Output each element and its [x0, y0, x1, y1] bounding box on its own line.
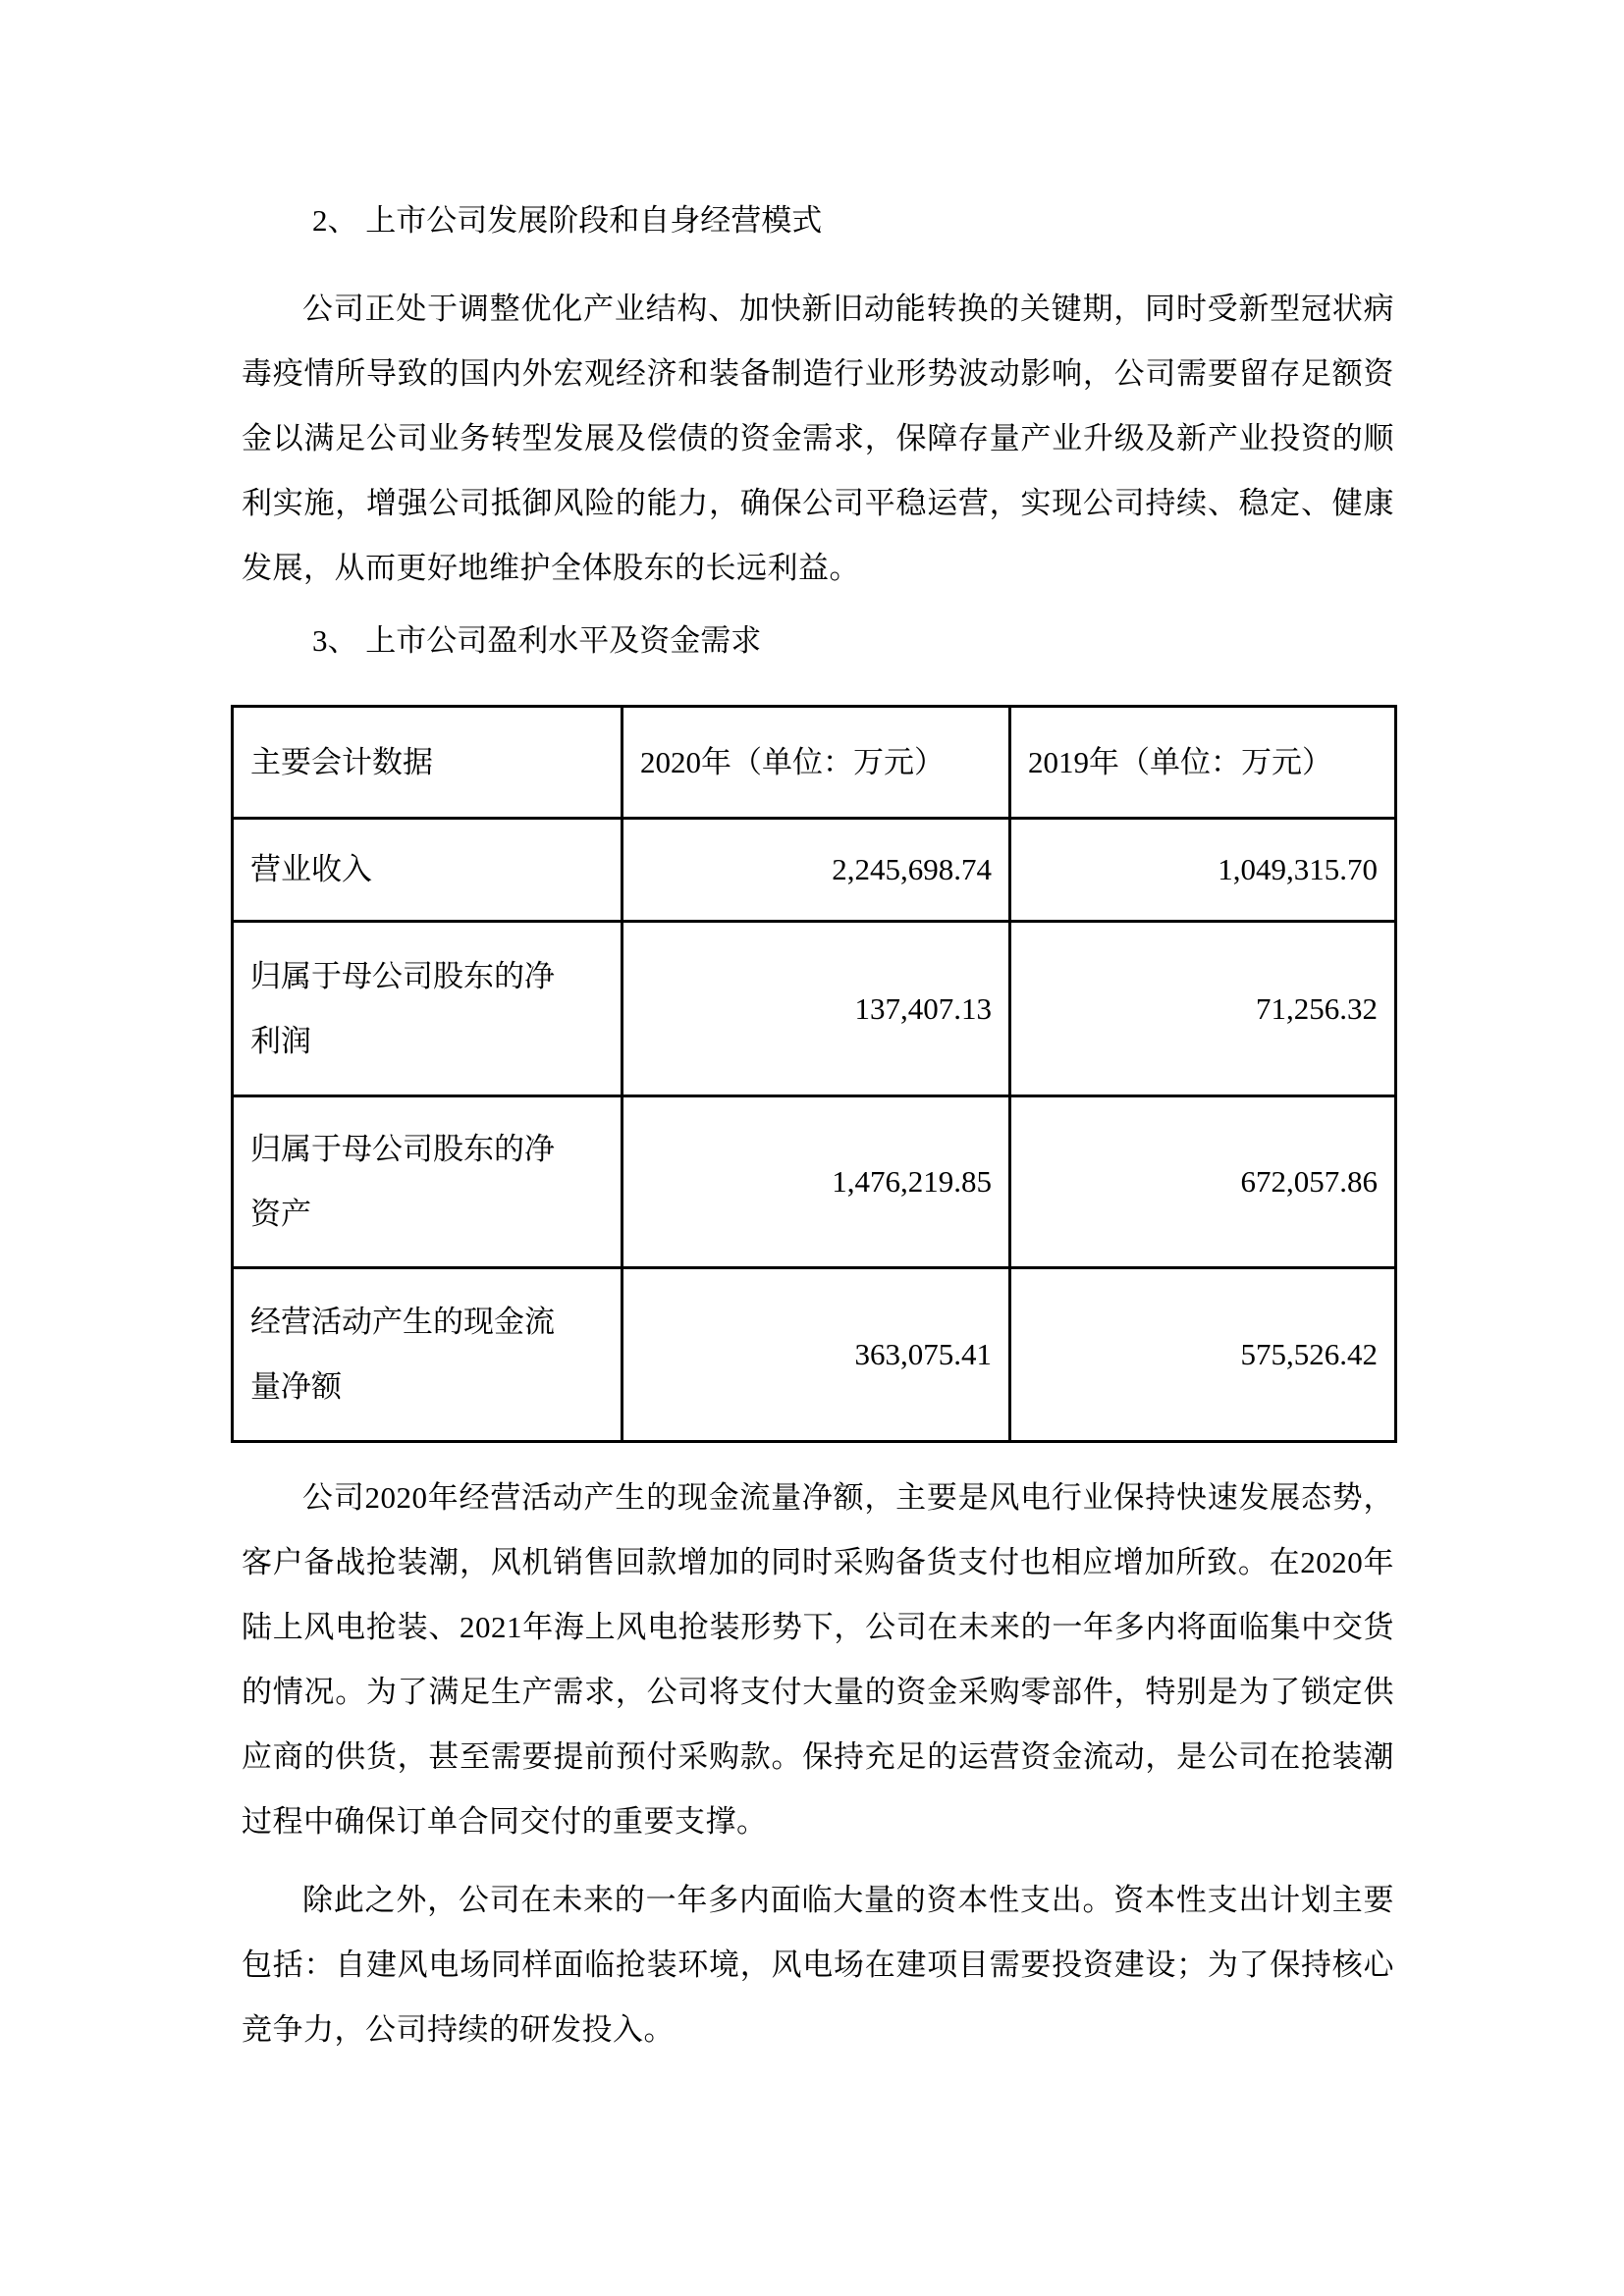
value-2019: 575,526.42	[1010, 1268, 1396, 1442]
section-heading-2: 2、 上市公司发展阶段和自身经营模式	[312, 188, 1394, 253]
table-row-net-assets: 归属于母公司股东的净资产 1,476,219.85 672,057.86	[233, 1096, 1396, 1268]
financial-data-table: 主要会计数据 2020年（单位：万元） 2019年（单位：万元） 营业收入 2,…	[231, 705, 1397, 1443]
value-2020: 1,476,219.85	[623, 1096, 1010, 1268]
table-header-row: 主要会计数据 2020年（单位：万元） 2019年（单位：万元）	[233, 707, 1396, 819]
paragraph-operating-model: 公司正处于调整优化产业结构、加快新旧动能转换的关键期，同时受新型冠状病毒疫情所导…	[242, 277, 1394, 601]
column-header-2020: 2020年（单位：万元）	[623, 707, 1010, 819]
paragraph-capital-expenditure: 除此之外，公司在未来的一年多内面临大量的资本性支出。资本性支出计划主要包括：自建…	[242, 1868, 1394, 2062]
table-row-net-profit: 归属于母公司股东的净利润 137,407.13 71,256.32	[233, 922, 1396, 1096]
table-row-revenue: 营业收入 2,245,698.74 1,049,315.70	[233, 819, 1396, 922]
metric-label: 经营活动产生的现金流量净额	[233, 1268, 623, 1442]
column-header-2019: 2019年（单位：万元）	[1010, 707, 1396, 819]
document-page: 2、 上市公司发展阶段和自身经营模式 公司正处于调整优化产业结构、加快新旧动能转…	[0, 0, 1624, 2296]
value-2020: 137,407.13	[623, 922, 1010, 1096]
paragraph-cash-flow-explanation: 公司2020年经营活动产生的现金流量净额，主要是风电行业保持快速发展态势，客户备…	[242, 1466, 1394, 1854]
value-2019: 1,049,315.70	[1010, 819, 1396, 922]
value-2020: 2,245,698.74	[623, 819, 1010, 922]
value-2019: 71,256.32	[1010, 922, 1396, 1096]
section-heading-3: 3、 上市公司盈利水平及资金需求	[312, 609, 1394, 673]
metric-label: 归属于母公司股东的净资产	[233, 1096, 623, 1268]
column-header-metric: 主要会计数据	[233, 707, 623, 819]
table-row-operating-cash-flow: 经营活动产生的现金流量净额 363,075.41 575,526.42	[233, 1268, 1396, 1442]
value-2020: 363,075.41	[623, 1268, 1010, 1442]
metric-label: 营业收入	[233, 819, 623, 922]
metric-label: 归属于母公司股东的净利润	[233, 922, 623, 1096]
value-2019: 672,057.86	[1010, 1096, 1396, 1268]
page-content: 2、 上市公司发展阶段和自身经营模式 公司正处于调整优化产业结构、加快新旧动能转…	[231, 0, 1394, 2062]
